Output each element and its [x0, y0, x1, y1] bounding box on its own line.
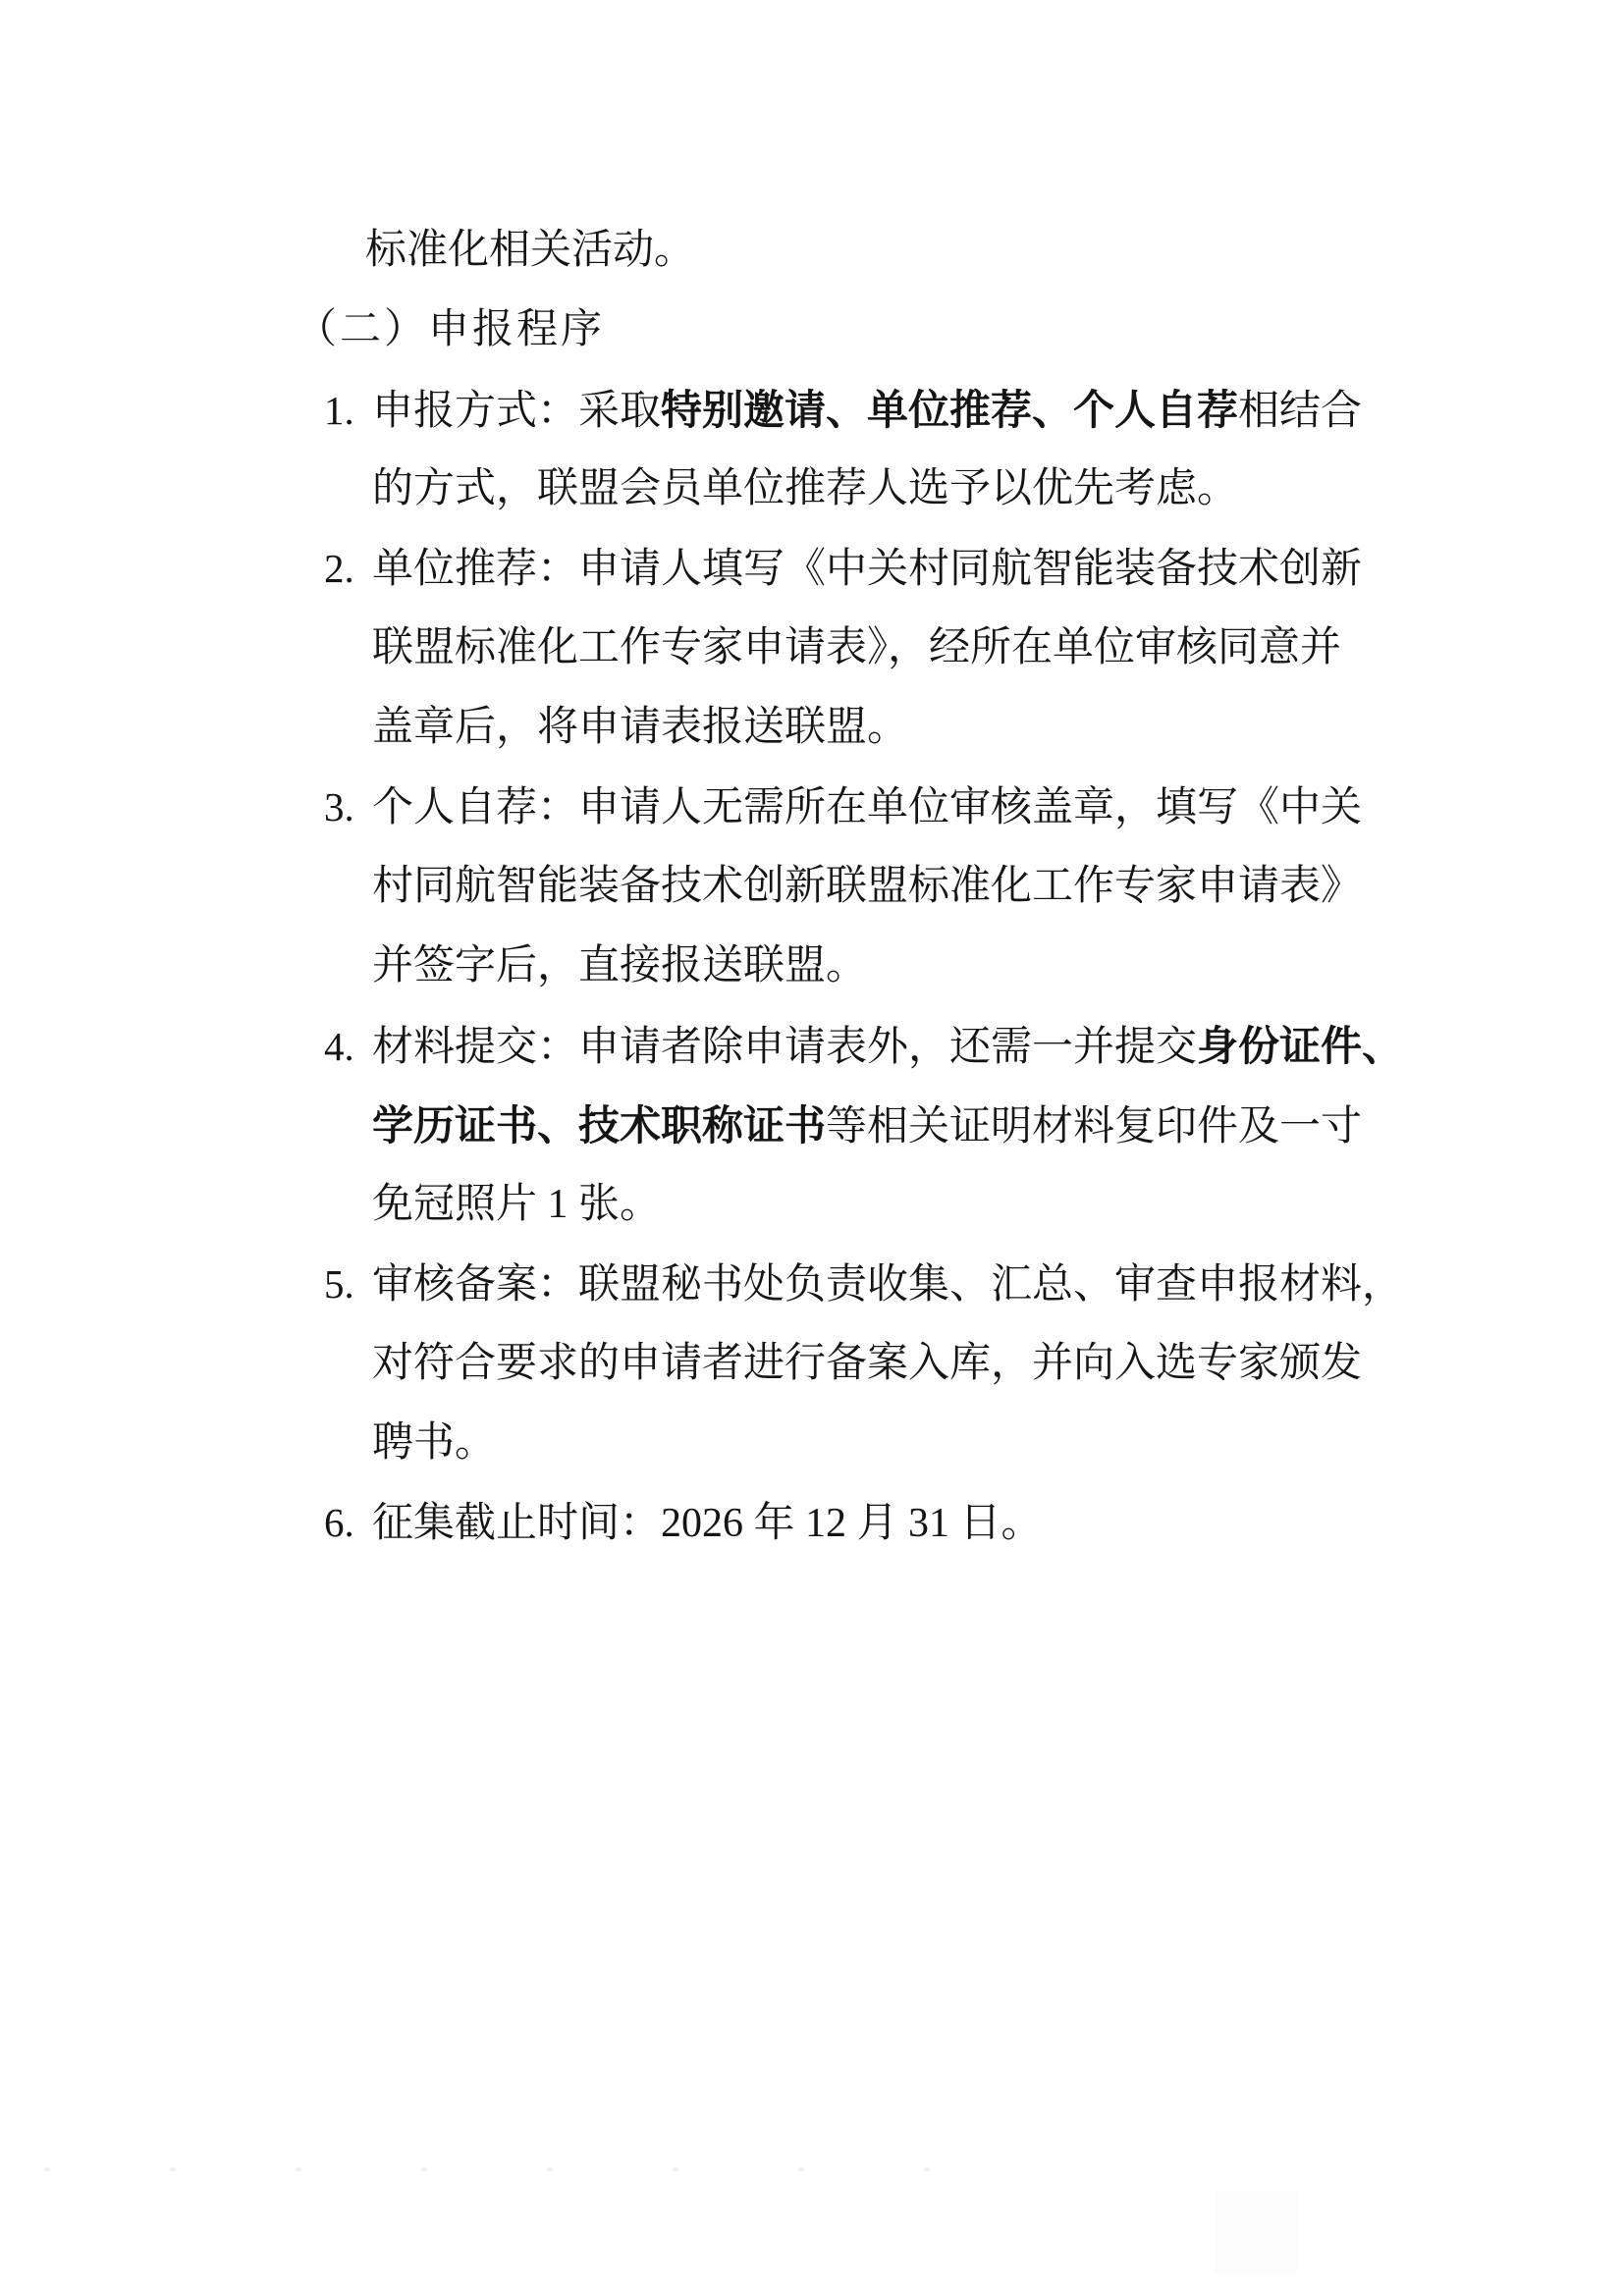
list-item-number: 2.: [324, 529, 372, 609]
list-item-number: 1.: [324, 371, 372, 451]
text-segment: 等相关证明材料复印件及一寸: [826, 1104, 1362, 1149]
list-item-number: 6.: [324, 1483, 372, 1563]
list-item-number: 4.: [324, 1007, 372, 1087]
text-line: 4.材料提交：申请者除申请表外，还需一并提交身份证件、: [0, 1006, 1623, 1086]
text-line: 联盟标准化工作专家申请表》，经所在单位审核同意并: [0, 609, 1623, 688]
text-line: 并签字后，直接报送联盟。: [0, 927, 1623, 1006]
text-line: 学历证书、技术职称证书等相关证明材料复印件及一寸: [0, 1086, 1623, 1165]
section-heading: （二）申报程序: [0, 291, 1623, 370]
text-segment: 免冠照片 1 张。: [372, 1182, 661, 1227]
text-line: 聘书。: [0, 1404, 1623, 1483]
text-segment: 联盟标准化工作专家申请表》，经所在单位审核同意并: [372, 625, 1341, 670]
text-segment: （二）申报程序: [296, 307, 605, 352]
text-segment: 申报方式：采取: [372, 389, 661, 434]
text-line: 2.单位推荐：申请人填写《中关村同航智能装备技术创新: [0, 529, 1623, 609]
text-segment: 身份证件、: [1197, 1023, 1403, 1069]
text-segment: 盖章后，将申请表报送联盟。: [372, 705, 908, 750]
text-line: 盖章后，将申请表报送联盟。: [0, 688, 1623, 768]
text-segment: 的方式，联盟会员单位推荐人选予以优先考虑。: [372, 466, 1238, 511]
text-line: 对符合要求的申请者进行备案入库，并向入选专家颁发: [0, 1324, 1623, 1404]
scanned-document: { "colors": { "background": "#ffffff", "…: [0, 0, 1623, 2296]
list-item-number: 5.: [324, 1245, 372, 1324]
text-segment: 材料提交：申请者除申请表外，还需一并提交: [372, 1025, 1197, 1070]
text-line: 5.审核备案：联盟秘书处负责收集、汇总、审查申报材料，: [0, 1245, 1623, 1324]
document-body: 标准化相关活动。（二）申报程序1.申报方式：采取特别邀请、单位推荐、个人自荐相结…: [0, 211, 1623, 1563]
text-line: 3.个人自荐：申请人无需所在单位审核盖章，填写《中关: [0, 768, 1623, 847]
text-segment: 聘书。: [372, 1420, 496, 1466]
text-line: 的方式，联盟会员单位推荐人选予以优先考虑。: [0, 450, 1623, 529]
text-line: 免冠照片 1 张。: [0, 1165, 1623, 1245]
text-line: 村同航智能装备技术创新联盟标准化工作专家申请表》: [0, 847, 1623, 927]
list-item-number: 3.: [324, 768, 372, 847]
text-segment: 特别邀请、单位推荐、个人自荐: [661, 387, 1238, 433]
document-page: 标准化相关活动。（二）申报程序1.申报方式：采取特别邀请、单位推荐、个人自荐相结…: [0, 0, 1623, 2296]
text-segment: 村同航智能装备技术创新联盟标准化工作专家申请表》: [372, 864, 1362, 909]
text-segment: 学历证书、技术职称证书: [372, 1102, 826, 1148]
scan-artifact-square: [1215, 2191, 1297, 2273]
text-line: 1.申报方式：采取特别邀请、单位推荐、个人自荐相结合: [0, 370, 1623, 450]
scan-noise-speckles: [44, 2167, 1036, 2171]
text-segment: 对符合要求的申请者进行备案入库，并向入选专家颁发: [372, 1341, 1362, 1386]
text-segment: 单位推荐：申请人填写《中关村同航智能装备技术创新: [372, 547, 1362, 592]
text-segment: 相结合: [1238, 389, 1362, 434]
text-segment: 审核备案：联盟秘书处负责收集、汇总、审查申报材料，: [372, 1262, 1403, 1308]
text-segment: 征集截止时间：2026 年 12 月 31 日。: [372, 1501, 1043, 1546]
text-segment: 标准化相关活动。: [365, 228, 695, 273]
text-line: 6.征集截止时间：2026 年 12 月 31 日。: [0, 1483, 1623, 1563]
text-segment: 并签字后，直接报送联盟。: [372, 943, 867, 988]
text-line: 标准化相关活动。: [0, 211, 1623, 291]
text-segment: 个人自荐：申请人无需所在单位审核盖章，填写《中关: [372, 785, 1362, 830]
